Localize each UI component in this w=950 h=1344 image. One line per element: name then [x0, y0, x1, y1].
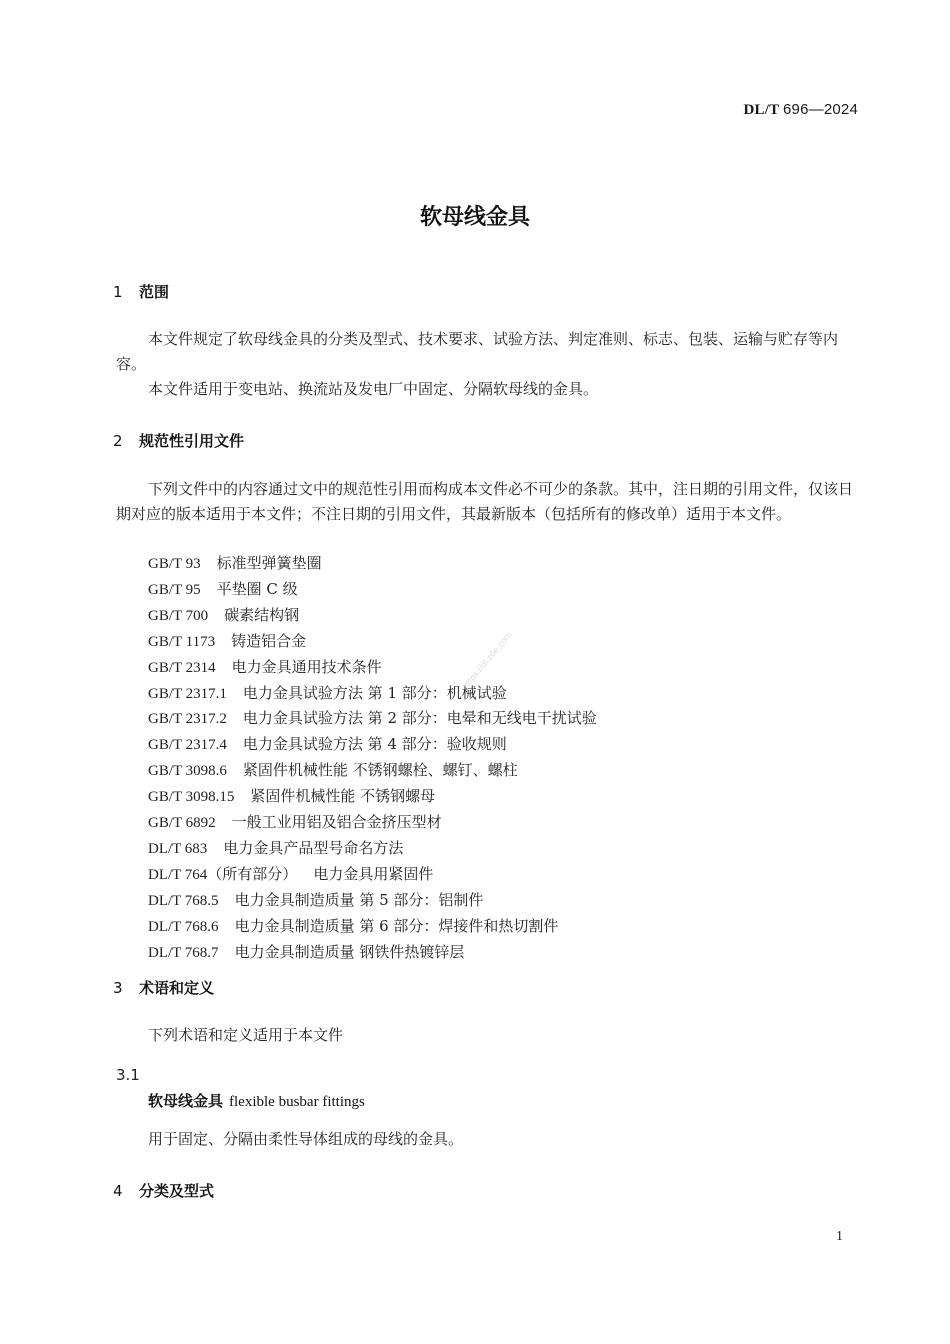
reference-item: GB/T 2317.2电力金具试验方法 第 2 部分：电晕和无线电干扰试验 — [148, 706, 597, 732]
section-number: 4 — [113, 1182, 139, 1200]
paragraph: 下列术语和定义适用于本文件 — [116, 1023, 864, 1048]
reference-code: GB/T 3098.15 — [148, 789, 234, 805]
term-number: 3.1 — [116, 1066, 140, 1084]
reference-title: 电力金具制造质量 第 5 部分：铝制件 — [235, 891, 484, 909]
reference-item: GB/T 93标准型弹簧垫圈 — [148, 551, 597, 577]
reference-item: DL/T 764（所有部分）电力金具用紧固件 — [148, 862, 597, 888]
reference-title: 碳素结构钢 — [224, 606, 299, 624]
term-entry: 软母线金具flexible busbar fittings — [148, 1090, 365, 1111]
section-number: 3 — [113, 979, 139, 997]
section-heading-1: 1范围 — [113, 281, 169, 302]
reference-title: 标准型弹簧垫圈 — [217, 554, 322, 572]
reference-title: 紧固件机械性能 不锈钢螺栓、螺钉、螺柱 — [243, 761, 518, 779]
page-number: 1 — [836, 1229, 843, 1245]
section-heading-3: 3术语和定义 — [113, 977, 214, 998]
reference-item: DL/T 683电力金具产品型号命名方法 — [148, 836, 597, 862]
section-number: 1 — [113, 283, 139, 301]
reference-item: DL/T 768.7电力金具制造质量 钢铁件热镀锌层 — [148, 940, 597, 966]
section-heading-2: 2规范性引用文件 — [113, 430, 244, 451]
reference-title: 电力金具通用技术条件 — [232, 658, 382, 676]
reference-title: 铸造铝合金 — [231, 632, 306, 650]
reference-code: GB/T 2317.2 — [148, 711, 227, 727]
reference-item: GB/T 700碳素结构钢 — [148, 603, 597, 629]
reference-code: GB/T 2314 — [148, 660, 216, 676]
reference-code: GB/T 95 — [148, 582, 201, 598]
section-number: 2 — [113, 432, 139, 450]
standard-prefix: DL/T — [744, 102, 780, 118]
reference-item: DL/T 768.6电力金具制造质量 第 6 部分：焊接件和热切割件 — [148, 914, 597, 940]
reference-item: GB/T 95平垫圈 C 级 — [148, 577, 597, 603]
section-title: 范围 — [139, 283, 169, 301]
term-definition: 用于固定、分隔由柔性导体组成的母线的金具。 — [148, 1127, 896, 1152]
section-title: 分类及型式 — [139, 1182, 214, 1200]
paragraph: 本文件规定了软母线金具的分类及型式、技术要求、试验方法、判定准则、标志、包装、运… — [116, 327, 864, 377]
standard-code: DL/T 696—2024 — [744, 101, 859, 119]
section-title: 术语和定义 — [139, 979, 214, 997]
reference-item: GB/T 2317.1电力金具试验方法 第 1 部分：机械试验 — [148, 681, 597, 707]
term-english: flexible busbar fittings — [229, 1094, 365, 1110]
reference-title: 平垫圈 C 级 — [217, 580, 298, 598]
paragraph: 本文件适用于变电站、换流站及发电厂中固定、分隔软母线的金具。 — [116, 377, 864, 402]
reference-title: 电力金具制造质量 钢铁件热镀锌层 — [235, 943, 465, 961]
reference-code: GB/T 2317.1 — [148, 686, 227, 702]
reference-item: GB/T 3098.15紧固件机械性能 不锈钢螺母 — [148, 784, 597, 810]
reference-code: DL/T 764（所有部分） — [148, 867, 297, 883]
standard-number: 696—2024 — [783, 101, 858, 118]
reference-code: GB/T 3098.6 — [148, 763, 227, 779]
reference-code: GB/T 93 — [148, 556, 201, 572]
reference-code: GB/T 1173 — [148, 634, 215, 650]
reference-code: GB/T 2317.4 — [148, 737, 227, 753]
section-title: 规范性引用文件 — [139, 432, 244, 450]
reference-code: GB/T 700 — [148, 608, 208, 624]
reference-title: 电力金具制造质量 第 6 部分：焊接件和热切割件 — [235, 917, 559, 935]
reference-code: DL/T 768.5 — [148, 893, 219, 909]
document-page: DL/T 696—2024 软母线金具 1范围 本文件规定了软母线金具的分类及型… — [0, 0, 950, 1344]
reference-title: 电力金具试验方法 第 2 部分：电晕和无线电干扰试验 — [243, 709, 597, 727]
reference-title: 电力金具试验方法 第 4 部分：验收规则 — [243, 735, 507, 753]
section-heading-4: 4分类及型式 — [113, 1180, 214, 1201]
reference-item: GB/T 2317.4电力金具试验方法 第 4 部分：验收规则 — [148, 732, 597, 758]
reference-item: DL/T 768.5电力金具制造质量 第 5 部分：铝制件 — [148, 888, 597, 914]
reference-code: DL/T 768.7 — [148, 945, 219, 961]
document-title: 软母线金具 — [0, 200, 950, 231]
term-chinese: 软母线金具 — [148, 1092, 223, 1110]
reference-item: GB/T 6892一般工业用铝及铝合金挤压型材 — [148, 810, 597, 836]
reference-item: GB/T 2314电力金具通用技术条件 — [148, 655, 597, 681]
reference-list: GB/T 93标准型弹簧垫圈 GB/T 95平垫圈 C 级 GB/T 700碳素… — [148, 551, 597, 966]
reference-code: DL/T 683 — [148, 841, 207, 857]
reference-title: 电力金具产品型号命名方法 — [223, 839, 403, 857]
paragraph: 下列文件中的内容通过文中的规范性引用而构成本文件必不可少的条款。其中，注日期的引… — [116, 477, 864, 527]
reference-code: GB/T 6892 — [148, 815, 216, 831]
reference-item: GB/T 1173铸造铝合金 — [148, 629, 597, 655]
reference-item: GB/T 3098.6紧固件机械性能 不锈钢螺栓、螺钉、螺柱 — [148, 758, 597, 784]
reference-title: 电力金具用紧固件 — [313, 865, 433, 883]
reference-title: 一般工业用铝及铝合金挤压型材 — [232, 813, 442, 831]
reference-code: DL/T 768.6 — [148, 919, 219, 935]
reference-title: 紧固件机械性能 不锈钢螺母 — [250, 787, 435, 805]
